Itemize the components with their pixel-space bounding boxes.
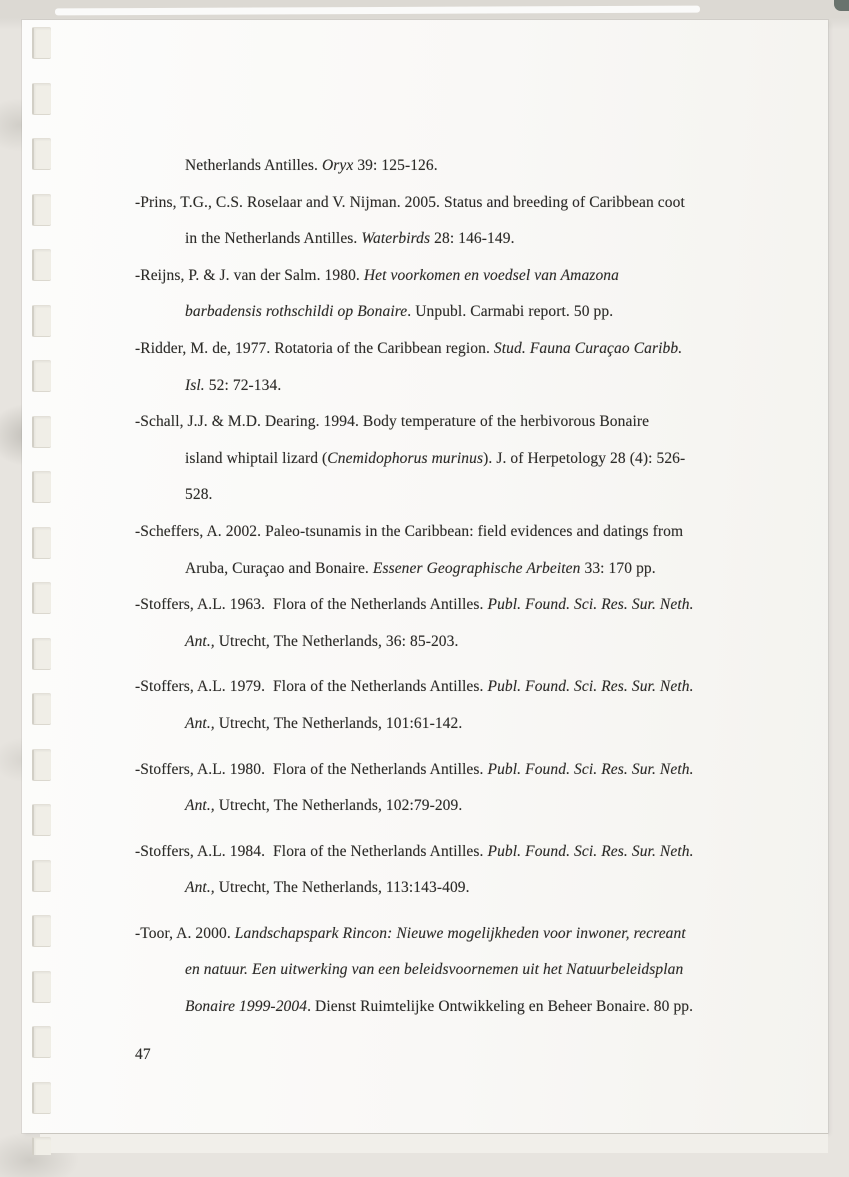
reference-text: . Unpubl. Carmabi report. 50 pp.: [407, 303, 613, 320]
reference-text-italic: Isl.: [185, 377, 205, 394]
reference-text-italic: Publ. Found. Sci. Res. Sur. Neth.: [488, 596, 694, 613]
reference-line: -Stoffers, A.L. 1979. Flora of the Nethe…: [135, 669, 800, 706]
reference-line: island whiptail lizard (Cnemidophorus mu…: [135, 441, 800, 478]
reference-line: -Reijns, P. & J. van der Salm. 1980. Het…: [135, 258, 800, 295]
scanner-corner-shadow: [834, 0, 849, 11]
reference-entry: -Reijns, P. & J. van der Salm. 1980. Het…: [135, 258, 800, 331]
reference-text: Netherlands Antilles.: [185, 157, 322, 174]
reference-text: -Stoffers, A.L. 1984. Flora of the Nethe…: [135, 843, 488, 860]
reference-text: island whiptail lizard (: [185, 450, 327, 467]
reference-text-italic: Cnemidophorus murinus: [327, 450, 483, 467]
reference-text-italic: Publ. Found. Sci. Res. Sur. Neth.: [488, 678, 694, 695]
scanned-document: { "scan": { "page_number": "47", "refere…: [0, 0, 849, 1177]
reference-entry: -Stoffers, A.L. 1980. Flora of the Nethe…: [135, 752, 800, 825]
reference-text: -Stoffers, A.L. 1979. Flora of the Nethe…: [135, 678, 488, 695]
reference-line: -Toor, A. 2000. Landschapspark Rincon: N…: [135, 916, 800, 953]
reference-line: Ant., Utrecht, The Netherlands, 102:79-2…: [135, 788, 800, 825]
reference-text: . Dienst Ruimtelijke Ontwikkeling en Beh…: [307, 998, 693, 1015]
reference-text-italic: Ant.,: [185, 797, 215, 814]
reference-text: -Reijns, P. & J. van der Salm. 1980.: [135, 267, 364, 284]
reference-line: -Stoffers, A.L. 1963. Flora of the Nethe…: [135, 587, 800, 624]
reference-text: 33: 170 pp.: [581, 560, 656, 577]
reference-line: Isl. 52: 72-134.: [135, 368, 800, 405]
reference-line: -Stoffers, A.L. 1980. Flora of the Nethe…: [135, 752, 800, 789]
page-bottom-edge: [40, 1133, 828, 1153]
reference-line: in the Netherlands Antilles. Waterbirds …: [135, 221, 800, 258]
reference-line: Ant., Utrecht, The Netherlands, 101:61-1…: [135, 706, 800, 743]
reference-text-italic: en natuur. Een uitwerking van een beleid…: [185, 961, 683, 978]
reference-line: Ant., Utrecht, The Netherlands, 113:143-…: [135, 870, 800, 907]
reference-text-italic: Waterbirds: [361, 230, 430, 247]
reference-text-italic: Ant.,: [185, 715, 215, 732]
reference-line: -Stoffers, A.L. 1984. Flora of the Nethe…: [135, 834, 800, 871]
reference-text: 52: 72-134.: [205, 377, 282, 394]
reference-text: Utrecht, The Netherlands, 36: 85-203.: [215, 633, 459, 650]
reference-text: -Prins, T.G., C.S. Roselaar and V. Nijma…: [135, 194, 685, 211]
reference-text: -Stoffers, A.L. 1980. Flora of the Nethe…: [135, 761, 488, 778]
reference-text: Aruba, Curaçao and Bonaire.: [185, 560, 373, 577]
reference-text-italic: Publ. Found. Sci. Res. Sur. Neth.: [488, 761, 694, 778]
reference-entry: -Stoffers, A.L. 1963. Flora of the Nethe…: [135, 587, 800, 660]
reference-text: 39: 125-126.: [353, 157, 437, 174]
reference-text: Utrecht, The Netherlands, 101:61-142.: [215, 715, 463, 732]
reference-entry: -Toor, A. 2000. Landschapspark Rincon: N…: [135, 916, 800, 1026]
page-number: 47: [135, 1037, 800, 1073]
reference-line: -Prins, T.G., C.S. Roselaar and V. Nijma…: [135, 185, 800, 222]
reference-text: -Schall, J.J. & M.D. Dearing. 1994. Body…: [135, 413, 649, 430]
reference-text-italic: Landschapspark Rincon: Nieuwe mogelijkhe…: [235, 925, 686, 942]
reference-text: 528.: [185, 486, 213, 503]
reference-text-italic: Publ. Found. Sci. Res. Sur. Neth.: [488, 843, 694, 860]
reference-line: -Schall, J.J. & M.D. Dearing. 1994. Body…: [135, 404, 800, 441]
reference-line: Aruba, Curaçao and Bonaire. Essener Geog…: [135, 551, 800, 588]
reference-text: ). J. of Herpetology 28 (4): 526-: [483, 450, 685, 467]
reference-entry: -Ridder, M. de, 1977. Rotatoria of the C…: [135, 331, 800, 404]
reference-text: 28: 146-149.: [430, 230, 514, 247]
reference-text: -Stoffers, A.L. 1963. Flora of the Nethe…: [135, 596, 488, 613]
reference-text-italic: Ant.,: [185, 879, 215, 896]
reference-text-italic: Essener Geographische Arbeiten: [373, 560, 581, 577]
reference-text-italic: Het voorkomen en voedsel van Amazona: [364, 267, 619, 284]
reference-line: -Scheffers, A. 2002. Paleo-tsunamis in t…: [135, 514, 800, 551]
reference-text: -Toor, A. 2000.: [135, 925, 235, 942]
reference-text: in the Netherlands Antilles.: [185, 230, 361, 247]
reference-line: en natuur. Een uitwerking van een beleid…: [135, 952, 800, 989]
reference-text: Utrecht, The Netherlands, 113:143-409.: [215, 879, 470, 896]
reference-entry: -Prins, T.G., C.S. Roselaar and V. Nijma…: [135, 185, 800, 258]
reference-entry: -Schall, J.J. & M.D. Dearing. 1994. Body…: [135, 404, 800, 514]
reference-line: -Ridder, M. de, 1977. Rotatoria of the C…: [135, 331, 800, 368]
reference-entry: -Stoffers, A.L. 1984. Flora of the Nethe…: [135, 834, 800, 907]
references-list: Netherlands Antilles. Oryx 39: 125-126.-…: [135, 148, 800, 1073]
reference-text-italic: Bonaire 1999-2004: [185, 998, 307, 1015]
reference-line: barbadensis rothschildi op Bonaire. Unpu…: [135, 294, 800, 331]
reference-text-italic: Oryx: [322, 157, 353, 174]
reference-text: -Scheffers, A. 2002. Paleo-tsunamis in t…: [135, 523, 683, 540]
reference-line: Netherlands Antilles. Oryx 39: 125-126.: [135, 148, 800, 185]
scanner-page-edge-glare: [55, 6, 700, 16]
reference-line: Bonaire 1999-2004. Dienst Ruimtelijke On…: [135, 989, 800, 1026]
reference-text-italic: Stud. Fauna Curaçao Caribb.: [494, 340, 682, 357]
reference-line: 528.: [135, 477, 800, 514]
reference-text: -Ridder, M. de, 1977. Rotatoria of the C…: [135, 340, 494, 357]
reference-entry: -Stoffers, A.L. 1979. Flora of the Nethe…: [135, 669, 800, 742]
reference-line: Ant., Utrecht, The Netherlands, 36: 85-2…: [135, 624, 800, 661]
reference-entry: Netherlands Antilles. Oryx 39: 125-126.: [135, 148, 800, 185]
reference-text: Utrecht, The Netherlands, 102:79-209.: [215, 797, 463, 814]
reference-text-italic: Ant.,: [185, 633, 215, 650]
reference-text-italic: barbadensis rothschildi op Bonaire: [185, 303, 407, 320]
reference-entry: -Scheffers, A. 2002. Paleo-tsunamis in t…: [135, 514, 800, 587]
